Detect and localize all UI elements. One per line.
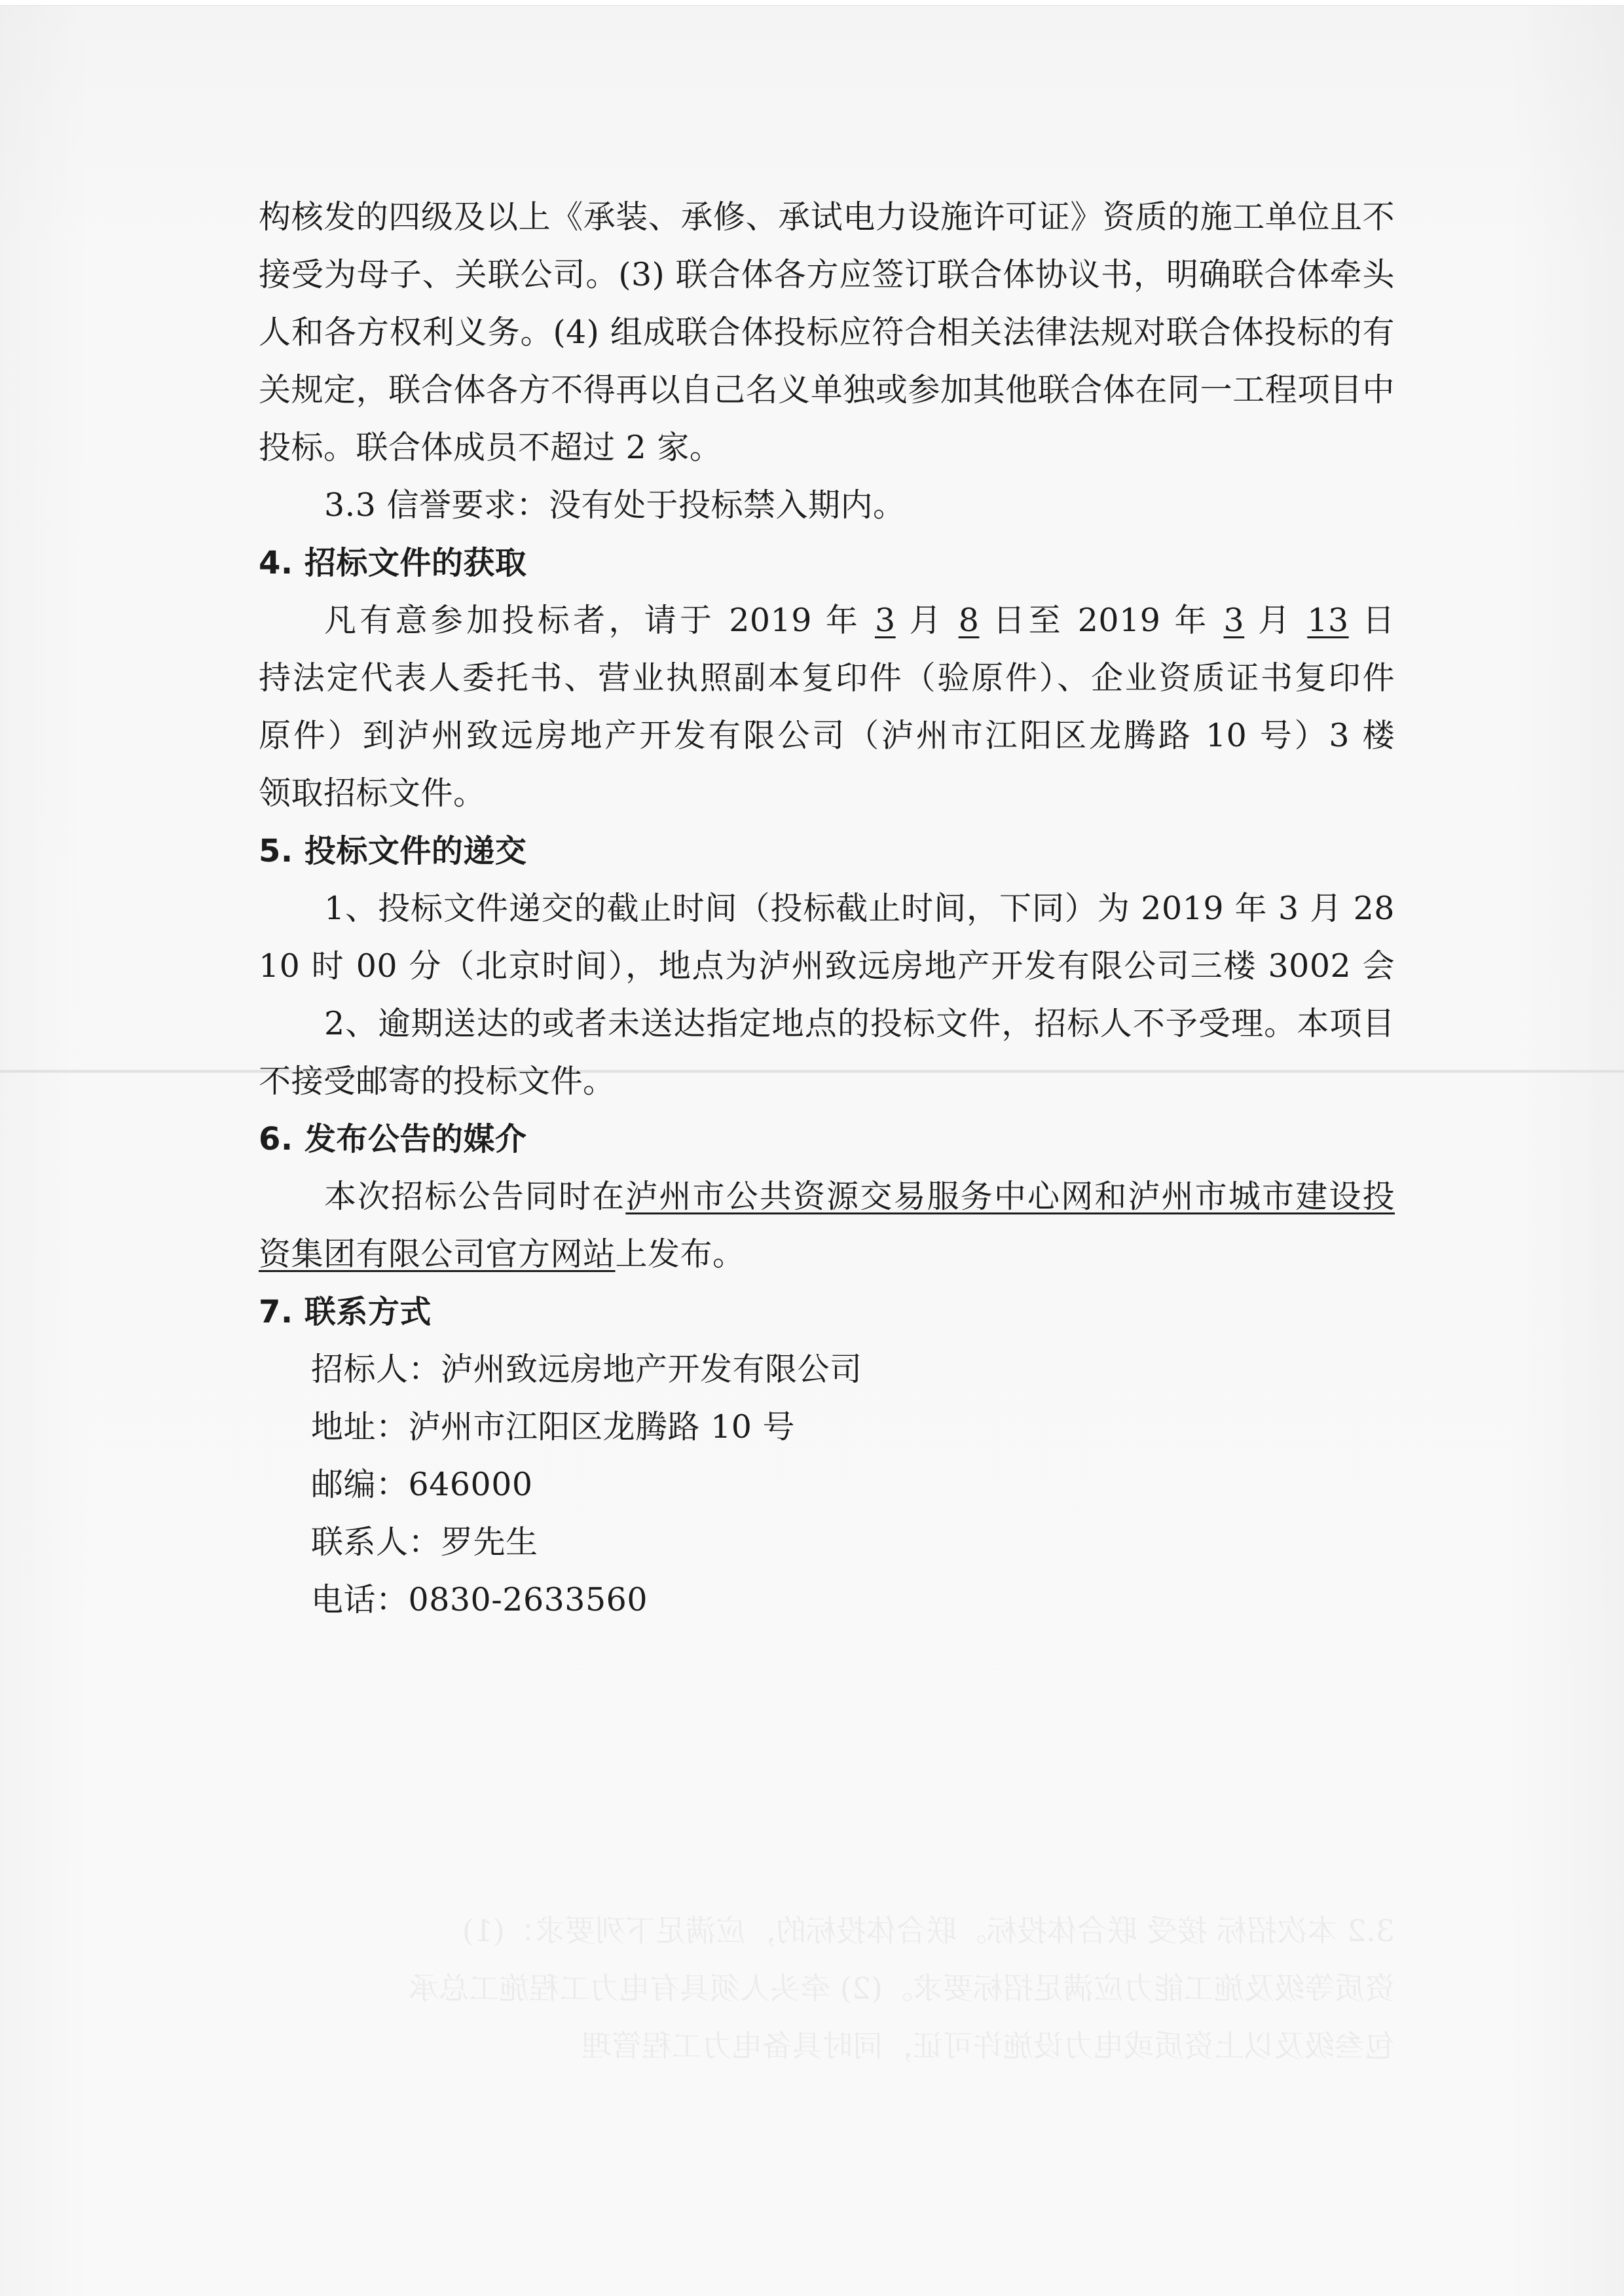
paragraph-line: 人和各方权利义务。(4) 组成联合体投标应符合相关法律法规对联合体投标的有 [259, 304, 1395, 361]
paragraph-line: 2、逾期送达的或者未送达指定地点的投标文件，招标人不予受理。本项目 [259, 995, 1395, 1053]
credit-requirement: 3.3 信誉要求：没有处于投标禁入期内。 [259, 477, 1395, 534]
paragraph-line: 资集团有限公司官方网站上发布。 [259, 1226, 1395, 1283]
bleed-through-text: 包叁级及以上资质或电力设施许可证，同时具备电力工程管理 [216, 2017, 1395, 2075]
paragraph-line-dates: 凡有意参加投标者，请于 2019 年 3 月 8 日至 2019 年 3 月 1… [259, 592, 1395, 649]
contact-person: 联系人：罗先生 [259, 1514, 1395, 1571]
contact-value: 646000 [409, 1466, 533, 1503]
paragraph-line: 10 时 00 分（北京时间），地点为泸州致远房地产开发有限公司三楼 3002 … [259, 938, 1395, 995]
text: 上发布。 [616, 1235, 745, 1273]
contact-label: 招标人： [311, 1351, 441, 1388]
bleed-through-text: 资质等级及施工能力应满足招标要求。(2) 牵头人须具有电力工程施工总承 [216, 1959, 1395, 2017]
paragraph-line: 原件）到泸州致远房地产开发有限公司（泸州市江阳区龙腾路 10 号）3 楼 300… [259, 707, 1395, 765]
document-body: 构核发的四级及以上《承装、承修、承试电力设施许可证》资质的施工单位且不 接受为母… [259, 189, 1395, 1629]
contact-address: 地址：泸州市江阳区龙腾路 10 号 [259, 1398, 1395, 1456]
section-heading-5: 5. 投标文件的递交 [259, 822, 1395, 880]
text: 月 [896, 602, 959, 639]
paragraph-line: 持法定代表人委托书、营业执照副本复印件（验原件）、企业资质证书复印件（验 [259, 649, 1395, 707]
page-top-edge [0, 0, 1624, 6]
start-month: 3 [875, 602, 896, 639]
start-day: 8 [959, 602, 980, 639]
contact-label: 邮编： [311, 1466, 409, 1503]
text: 日至 2019 年 [979, 602, 1223, 639]
text: 月 [1244, 602, 1307, 639]
section-heading-6: 6. 发布公告的媒介 [259, 1110, 1395, 1168]
contact-phone: 电话：0830-2633560 [259, 1571, 1395, 1629]
publication-media: 泸州市公共资源交易服务中心网和泸州市城市建设投 [625, 1178, 1395, 1215]
paragraph-line: 领取招标文件。 [259, 765, 1395, 822]
contact-postcode: 邮编：646000 [259, 1456, 1395, 1514]
text: 凡有意参加投标者，请于 2019 年 [324, 602, 875, 639]
end-day: 13 [1307, 602, 1348, 639]
end-month: 3 [1224, 602, 1245, 639]
section-heading-4: 4. 招标文件的获取 [259, 534, 1395, 592]
contact-value: 罗先生 [441, 1523, 538, 1561]
paragraph-line: 投标。联合体成员不超过 2 家。 [259, 419, 1395, 477]
text: 本次招标公告同时在 [324, 1178, 625, 1215]
paragraph-line: 关规定，联合体各方不得再以自己名义单独或参加其他联合体在同一工程项目中 [259, 361, 1395, 419]
paragraph-line: 接受为母子、关联公司。(3) 联合体各方应签订联合体协议书，明确联合体牵头 [259, 246, 1395, 304]
contact-label: 电话： [311, 1581, 409, 1618]
contact-label: 联系人： [311, 1523, 441, 1561]
contact-value: 0830-2633560 [409, 1581, 648, 1618]
contact-value: 泸州致远房地产开发有限公司 [441, 1351, 862, 1388]
paragraph-line: 1、投标文件递交的截止时间（投标截止时间，下同）为 2019 年 3 月 28 … [259, 880, 1395, 938]
contact-label: 地址： [311, 1408, 409, 1446]
paragraph-line: 构核发的四级及以上《承装、承修、承试电力设施许可证》资质的施工单位且不 [259, 189, 1395, 246]
publication-media: 资集团有限公司官方网站 [259, 1235, 616, 1273]
section-heading-7: 7. 联系方式 [259, 1283, 1395, 1341]
contact-tenderer: 招标人：泸州致远房地产开发有限公司 [259, 1341, 1395, 1398]
paragraph-line: 不接受邮寄的投标文件。 [259, 1053, 1395, 1110]
paragraph-line: 本次招标公告同时在泸州市公共资源交易服务中心网和泸州市城市建设投 [259, 1168, 1395, 1226]
contact-value: 泸州市江阳区龙腾路 10 号 [409, 1408, 796, 1446]
scanned-page: 3.2 本次招标 接受 联合体投标。联合体投标的，应满足下列要求：(1) 资质等… [0, 0, 1624, 2296]
bleed-through-text: 3.2 本次招标 接受 联合体投标。联合体投标的，应满足下列要求：(1) [216, 1902, 1395, 1959]
